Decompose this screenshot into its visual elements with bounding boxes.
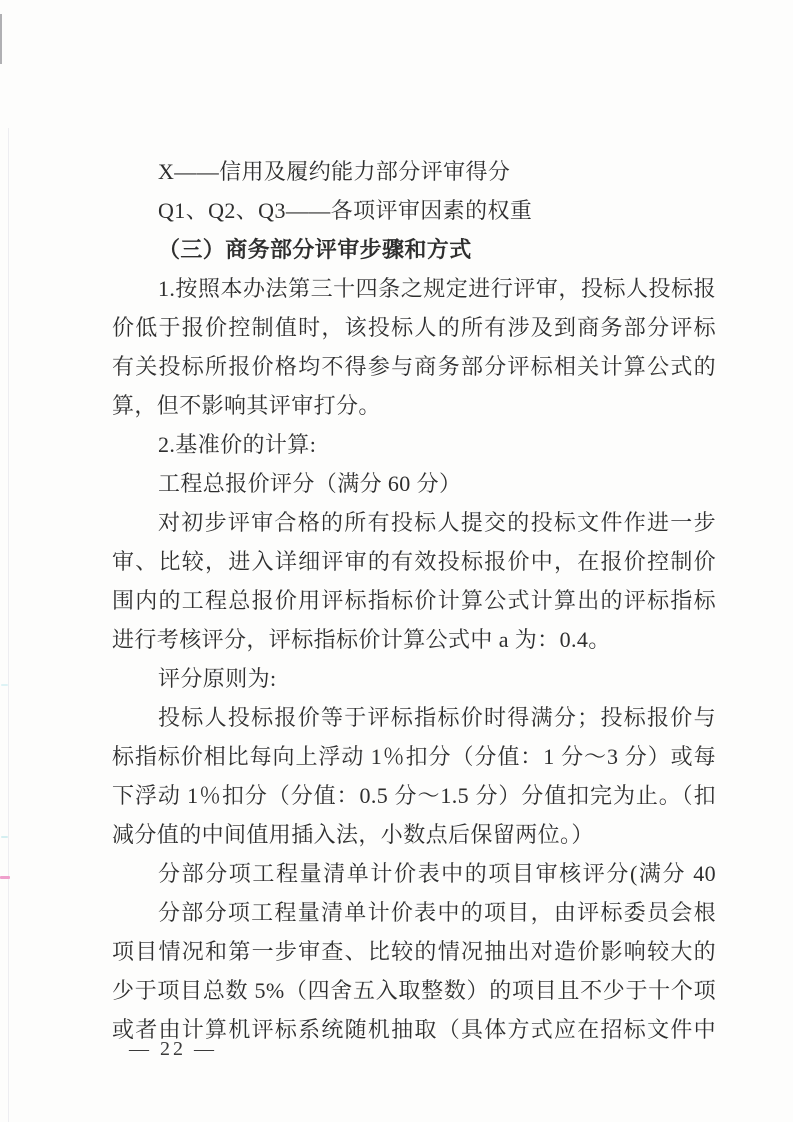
text-line: 算，但不影响其评审打分。 — [112, 386, 716, 425]
text-line: 有关投标所报价格均不得参与商务部分评标相关计算公式的计 — [112, 347, 716, 386]
scan-edge-artifact — [0, 14, 2, 64]
scan-cyan-mark — [1, 684, 8, 686]
text-line: 减分值的中间值用插入法，小数点后保留两位。） — [112, 815, 716, 854]
document-page: X——信用及履约能力部分评审得分 Q1、Q2、Q3——各项评审因素的权重 （三）… — [0, 0, 793, 1122]
text-line: 项目情况和第一步审查、比较的情况抽出对造价影响较大的不 — [112, 932, 716, 971]
text-line-q-definition: Q1、Q2、Q3——各项评审因素的权重 — [112, 191, 716, 230]
text-line: 分部分项工程量清单计价表中的项目，由评标委员会根据 — [112, 893, 716, 932]
text-line: 少于项目总数 5%（四舍五入取整数）的项目且不少于十个项目 — [112, 971, 716, 1010]
document-body: X——信用及履约能力部分评审得分 Q1、Q2、Q3——各项评审因素的权重 （三）… — [112, 152, 716, 1049]
text-line-base-price-heading: 2.基准价的计算: — [112, 425, 716, 464]
text-line: 价低于报价控制值时，该投标人的所有涉及到商务部分评标的 — [112, 308, 716, 347]
text-line: 投标人投标报价等于评标指标价时得满分；投标报价与评 — [112, 698, 716, 737]
text-line-x-definition: X——信用及履约能力部分评审得分 — [112, 152, 716, 191]
text-line: 下浮动 1％扣分（分值：0.5 分～1.5 分）分值扣完为止。（扣 — [112, 776, 716, 815]
text-line: 对初步评审合格的所有投标人提交的投标文件作进一步评 — [112, 503, 716, 542]
text-line: 进行考核评分，评标指标价计算公式中 a 为：0.4。 — [112, 620, 716, 659]
page-number: — 22 — — [129, 1036, 217, 1062]
text-line: 围内的工程总报价用评标指标价计算公式计算出的评标指标价 — [112, 581, 716, 620]
text-line-scoring-principle: 评分原则为: — [112, 659, 716, 698]
section-heading-commercial: （三）商务部分评审步骤和方式 — [112, 230, 716, 269]
scan-pink-mark — [0, 876, 10, 879]
text-line: 标指标价相比每向上浮动 1％扣分（分值：1 分～3 分）或每向 — [112, 737, 716, 776]
scan-cyan-mark — [1, 836, 8, 838]
text-line: 审、比较，进入详细评审的有效投标报价中，在报价控制价范 — [112, 542, 716, 581]
text-line: 1.按照本办法第三十四条之规定进行评审，投标人投标报 — [112, 269, 716, 308]
text-line-total-price-score: 工程总报价评分（满分 60 分） — [112, 464, 716, 503]
scan-line-artifact — [8, 128, 9, 1122]
text-line-boq-score-heading: 分部分项工程量清单计价表中的项目审核评分(满分 40 分) — [112, 854, 716, 893]
